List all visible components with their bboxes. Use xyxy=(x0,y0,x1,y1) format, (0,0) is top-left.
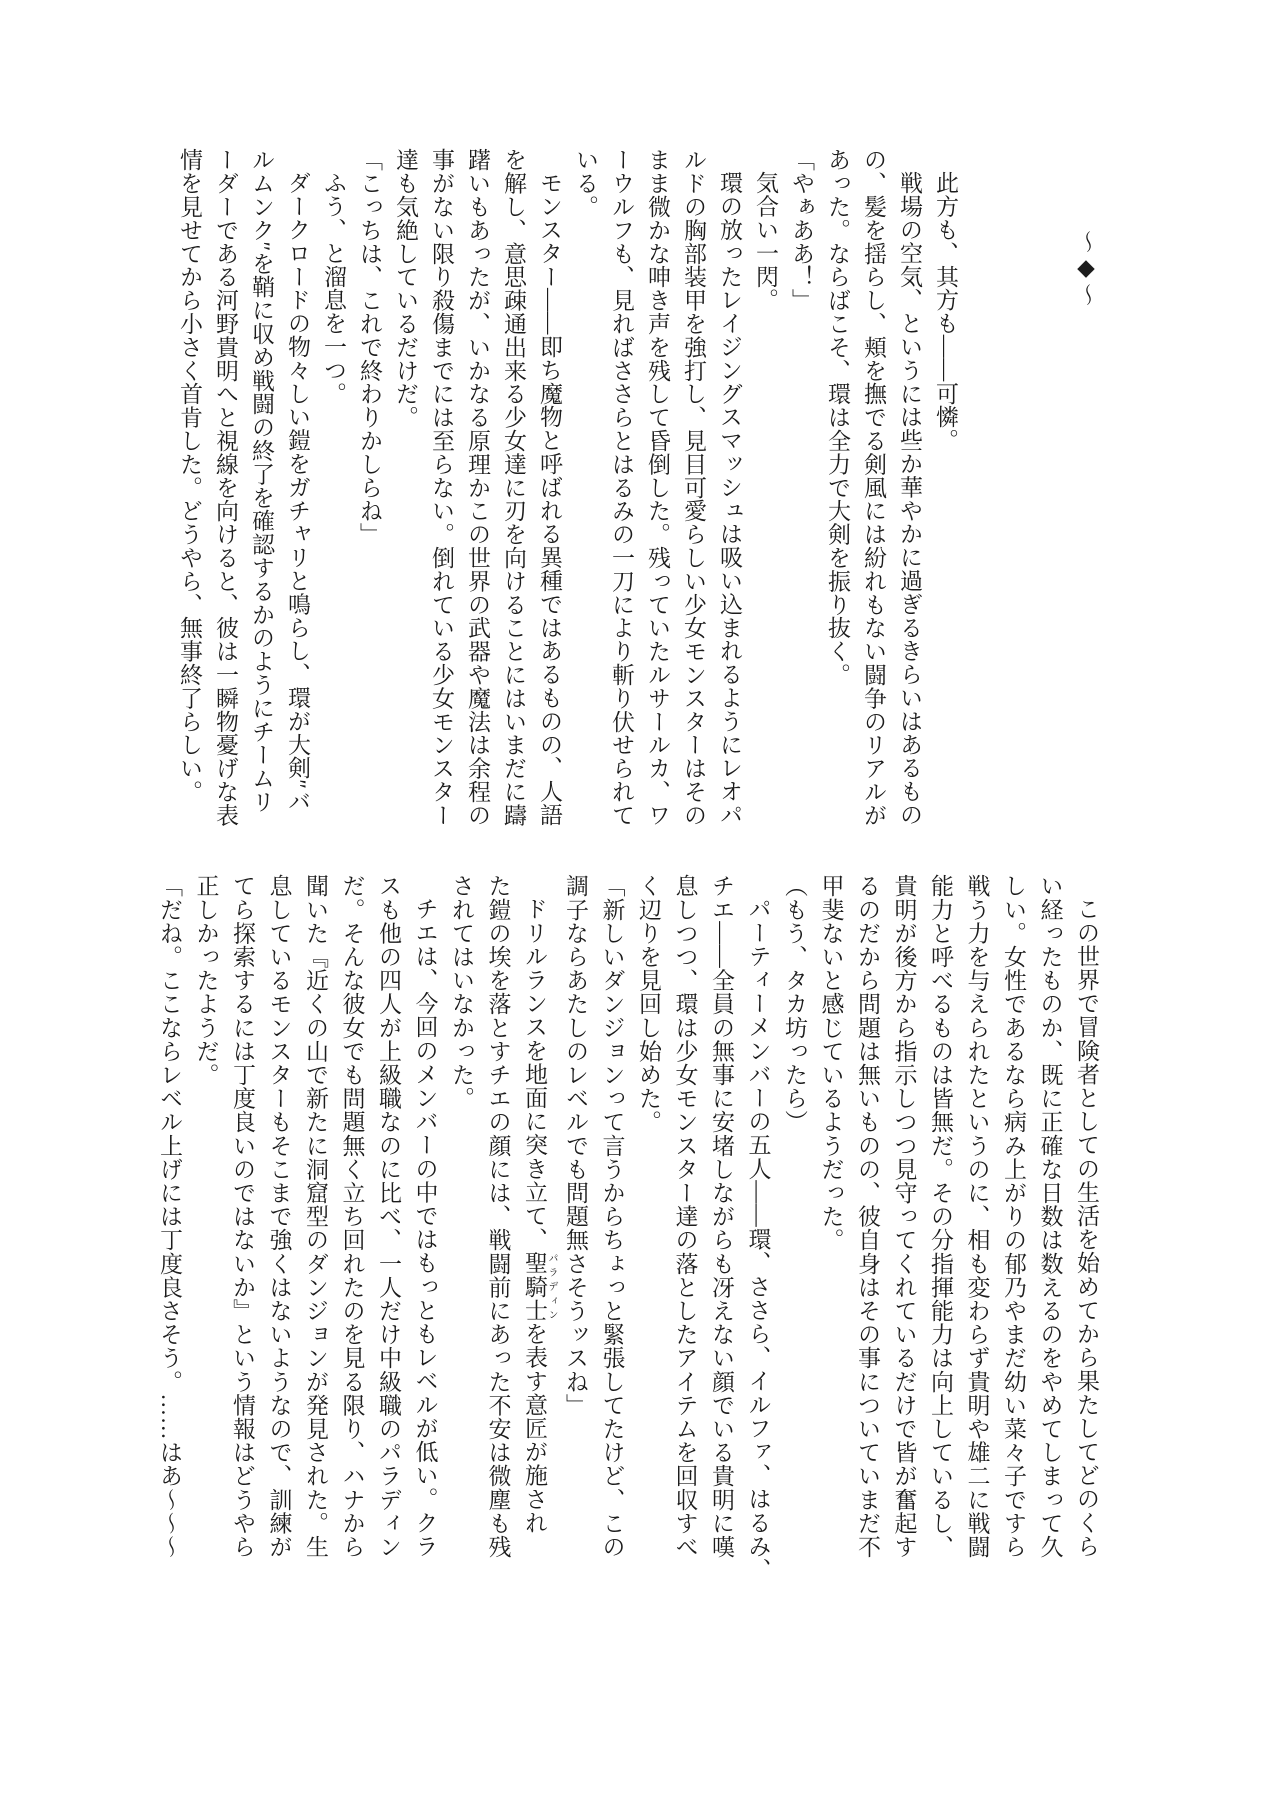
furigana-term: 聖騎士パラディン xyxy=(522,1251,547,1322)
paragraph: 此方も、其方も――可憐。 xyxy=(927,148,963,856)
paragraph: 環の放ったレイジングスマッシュは吸い込まれるようにレオパ ルドの胸部装甲を強打し… xyxy=(567,148,747,856)
paragraph: チエは、今回のメンバーの中ではもっともレベルが低い。クラ スも他の四人が上級職な… xyxy=(187,874,443,1586)
paragraph: ドリルランスを地面に突き立て、聖騎士パラディンを表す意匠が施され た鎧の埃を落と… xyxy=(443,874,557,1586)
paragraph: （もう、タカ坊ったら） xyxy=(776,874,813,1586)
bottom-text-block: この世界で冒険者としての生活を始めてから果たしてどのくら い経ったものか、既に正… xyxy=(151,874,1105,1586)
paragraph: ふう、と溜息を一つ。 xyxy=(315,148,351,856)
novel-page: 〜◆〜 此方も、其方も――可憐。戦場の空気、というには些か華やかに過ぎるきらいは… xyxy=(0,0,1280,1811)
paragraph: この世界で冒険者としての生活を始めてから果たしてどのくら い経ったものか、既に正… xyxy=(812,874,1104,1586)
paragraph: 「新しいダンジョンって言うからちょっと緊張してたけど、この 調子ならあたしのレベ… xyxy=(557,874,630,1586)
paragraph: 「こっちは、これで終わりかしらね」 xyxy=(351,148,387,856)
paragraph: ダークロードの物々しい鎧をガチャリと鳴らし、環が大剣″バ ルムンク″を鞘に収め戦… xyxy=(171,148,315,856)
paragraph: 気合い一閃。 xyxy=(747,148,783,856)
paragraph: 「だね。ここならレベル上げには丁度良さそう。……はあ〜〜〜 xyxy=(151,874,188,1586)
section-divider: 〜◆〜 xyxy=(1068,148,1104,856)
paragraph: 「やぁああ！」 xyxy=(783,148,819,856)
paragraph: モンスター――即ち魔物と呼ばれる異種ではあるものの、人語 を解し、意思疎通出来る… xyxy=(387,148,567,856)
top-text-block: 〜◆〜 此方も、其方も――可憐。戦場の空気、というには些か華やかに過ぎるきらいは… xyxy=(171,148,1104,856)
furigana-reading: パラディン xyxy=(546,1251,557,1322)
paragraph: パーティーメンバーの五人――環、ささら、イルファ、はるみ、 チエ――全員の無事に… xyxy=(630,874,776,1586)
paragraph: 戦場の空気、というには些か華やかに過ぎるきらいはあるもの の、髪を揺らし、頬を撫… xyxy=(819,148,927,856)
